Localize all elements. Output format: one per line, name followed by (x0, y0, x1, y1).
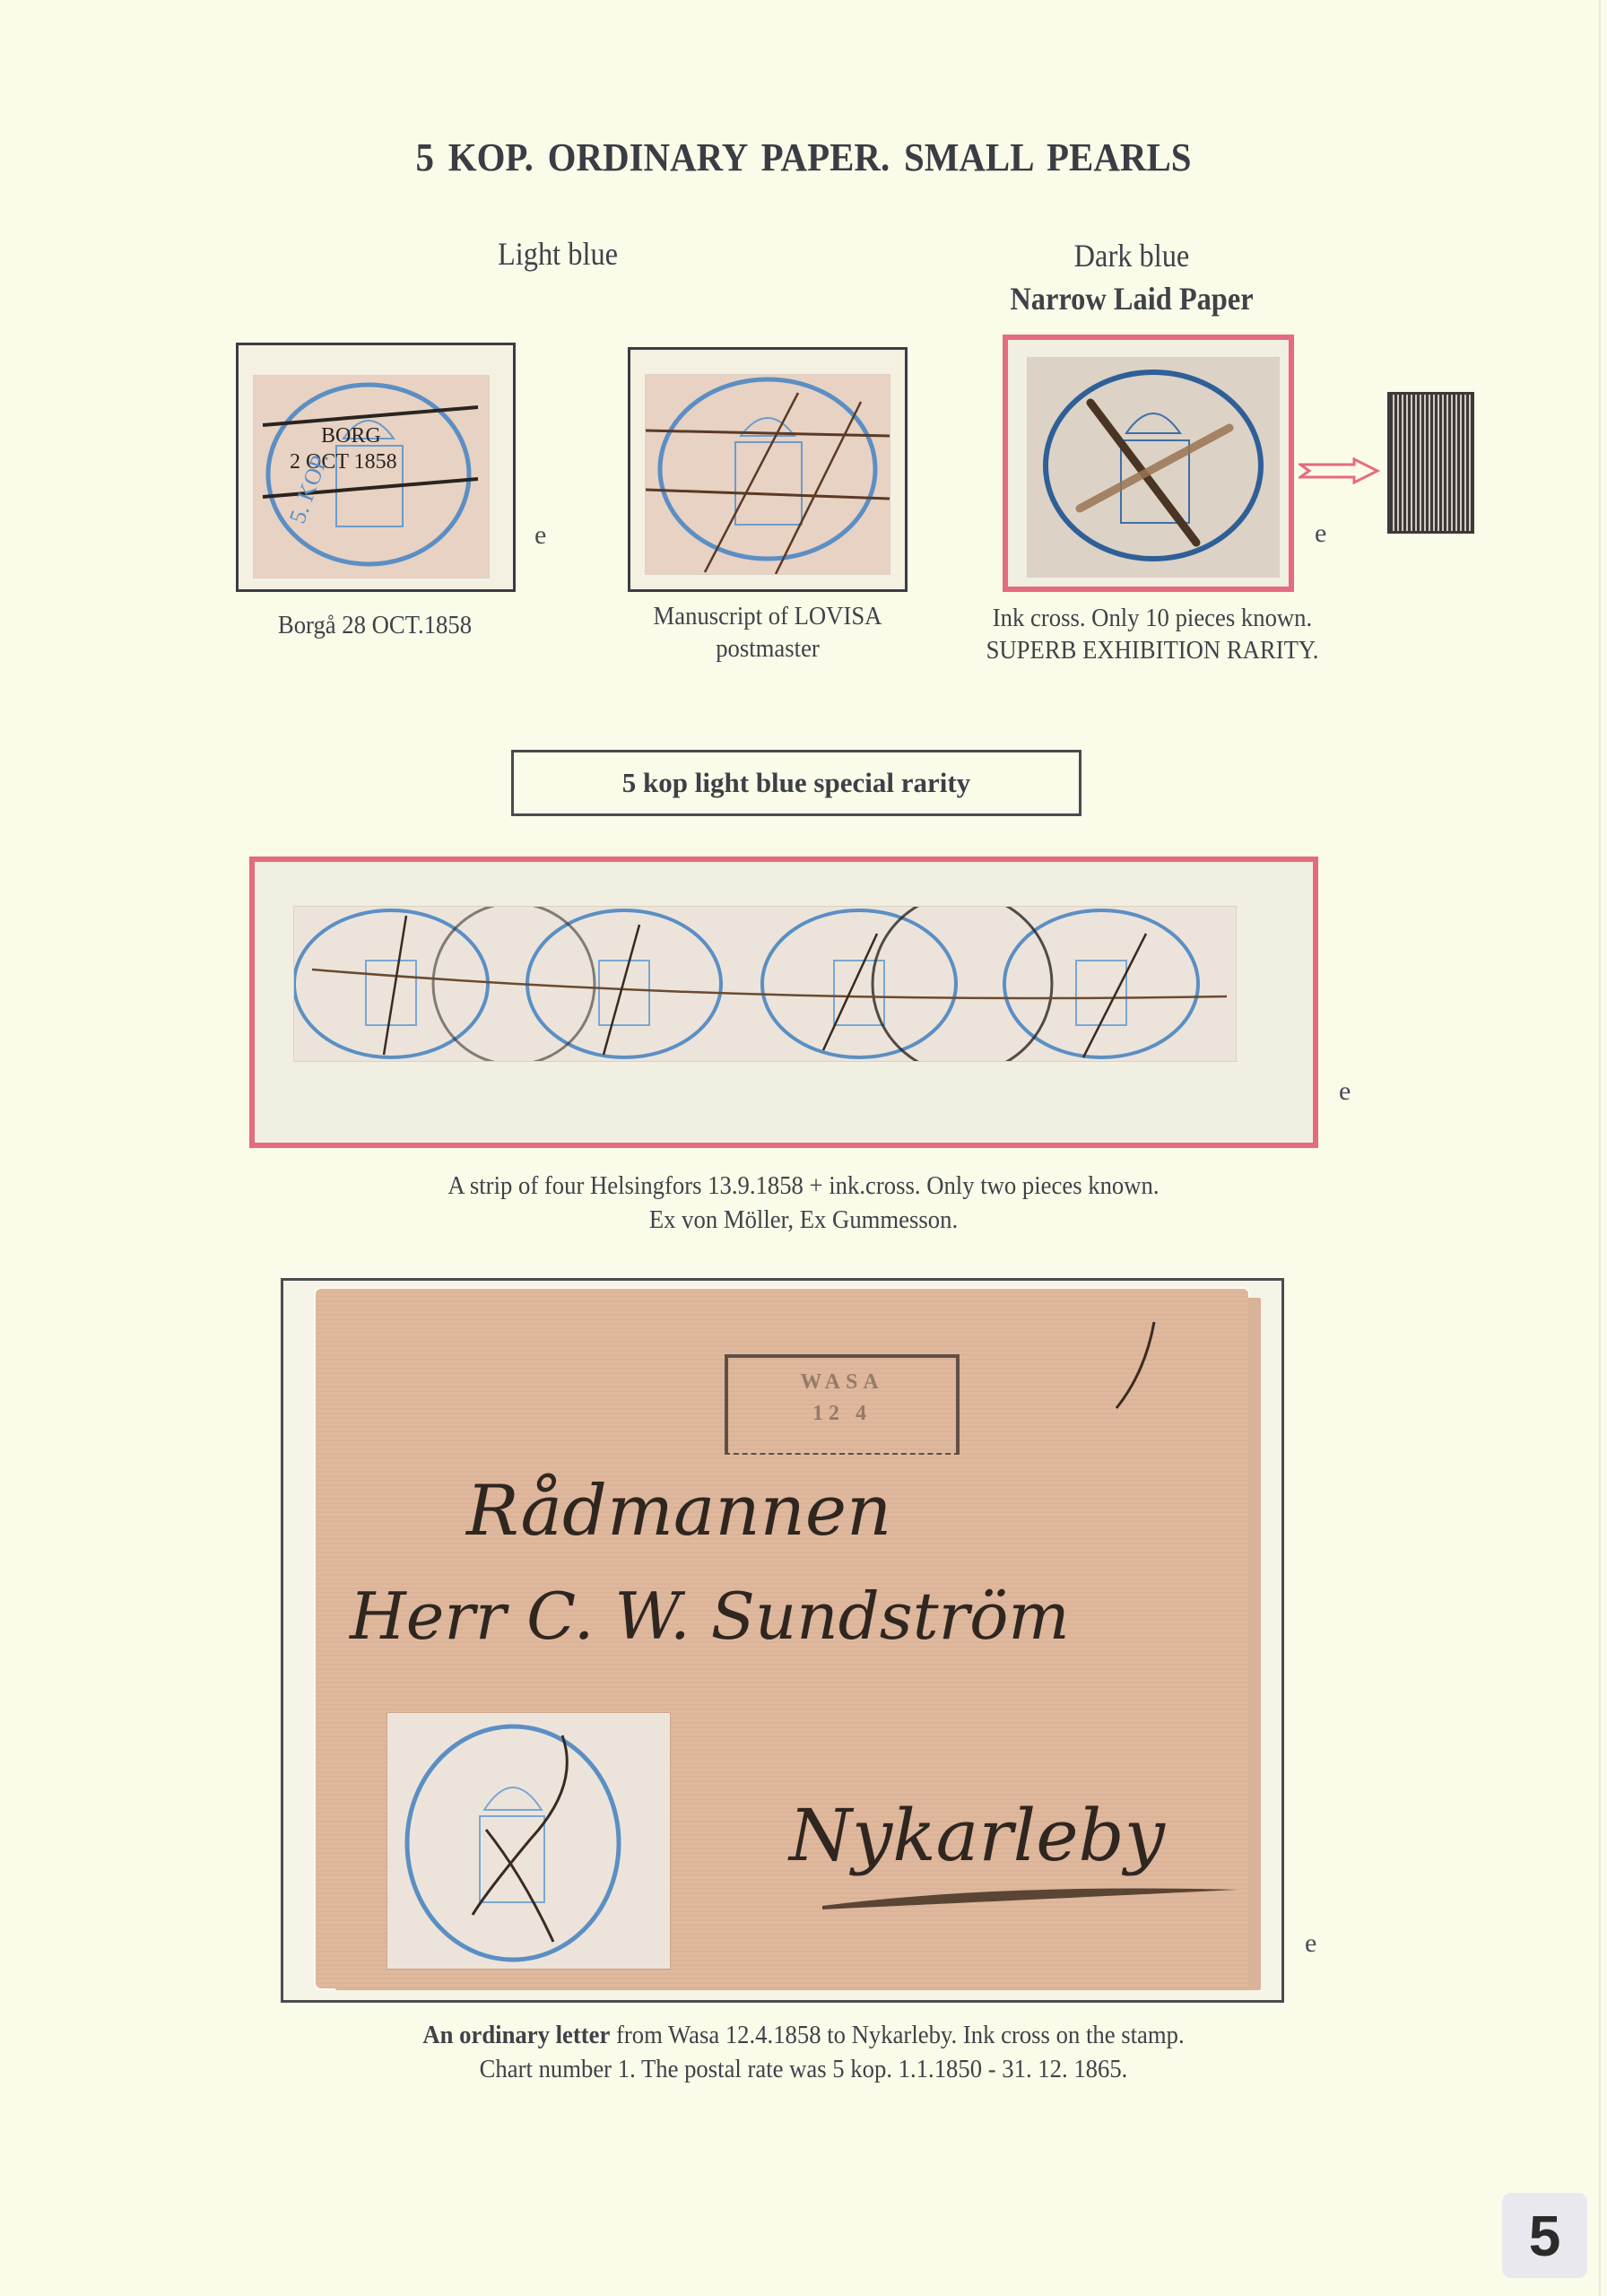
underline-flourish-icon (821, 1879, 1242, 1915)
expertised-mark: e (1305, 1928, 1316, 1959)
stamp-mount-lovisa (628, 347, 908, 592)
caption-ink-cross-line1: Ink cross. Only 10 pieces known. (967, 603, 1338, 633)
page-edge (1599, 0, 1601, 2296)
postmark-date: 12 4 (728, 1402, 956, 1426)
strip-mount (249, 857, 1318, 1148)
right-arrow-icon (1299, 457, 1381, 484)
caption-lovisa-line2: postmaster (603, 633, 933, 664)
letter-caption-line1: An ordinary letter from Wasa 12.4.1858 t… (308, 2020, 1299, 2050)
expertised-mark: e (1339, 1076, 1351, 1107)
address-line-name: Herr C. W. Sundström (350, 1578, 1070, 1654)
address-line-town: Nykarleby (789, 1794, 1165, 1877)
stamp-lovisa (646, 375, 890, 574)
boxed-postmark: WASA 12 4 (725, 1354, 960, 1455)
stamp-borga: BORG 2 OCT 1858 5. KOP. (254, 376, 489, 578)
letter-stamp (387, 1713, 670, 1969)
stamp-mount-ink-cross (1003, 335, 1294, 592)
stamp-oval-icon (1028, 358, 1279, 577)
heading-narrow-laid-paper: Narrow Laid Paper (970, 280, 1293, 317)
strip-caption-line2: Ex von Möller, Ex Gummesson. (308, 1205, 1299, 1235)
strip-stamps-icon (294, 907, 1236, 1061)
caption-lovisa-line1: Manuscript of LOVISA (603, 601, 933, 631)
strip-of-four (294, 907, 1236, 1061)
address-line-title: Rådmannen (466, 1471, 891, 1552)
stamp-oval-icon (387, 1713, 670, 1969)
stamp-oval-icon: BORG 2 OCT 1858 5. KOP. (254, 376, 489, 578)
heading-light-blue: Light blue (437, 235, 679, 273)
postmark-town: WASA (728, 1370, 956, 1395)
stamp-oval-icon (646, 375, 890, 574)
letter-caption-line2: Chart number 1. The postal rate was 5 ko… (308, 2054, 1299, 2084)
manuscript-rate-mark-icon (1099, 1318, 1170, 1417)
heading-dark-blue: Dark blue (1011, 237, 1253, 274)
page-number: 5 (1502, 2193, 1587, 2278)
expertised-mark: e (534, 520, 546, 551)
special-rarity-label: 5 kop light blue special rarity (511, 750, 1081, 816)
stamp-ink-cross (1028, 358, 1279, 577)
narrow-laid-paper-swatch (1387, 392, 1474, 534)
caption-borga: Borgå 28 OCT.1858 (230, 610, 519, 640)
caption-ink-cross-line2: SUPERB EXHIBITION RARITY. (951, 635, 1355, 665)
svg-text:BORG: BORG (321, 424, 381, 448)
page-title: 5 KOP. ORDINARY PAPER. SMALL PEARLS (56, 135, 1551, 180)
stamp-mount-borga: BORG 2 OCT 1858 5. KOP. (236, 343, 516, 592)
letter-caption-rest: from Wasa 12.4.1858 to Nykarleby. Ink cr… (610, 2021, 1184, 2049)
letter-caption-bold: An ordinary letter (422, 2021, 610, 2049)
expertised-mark: e (1315, 518, 1326, 549)
strip-caption-line1: A strip of four Helsingfors 13.9.1858 + … (308, 1170, 1299, 1201)
